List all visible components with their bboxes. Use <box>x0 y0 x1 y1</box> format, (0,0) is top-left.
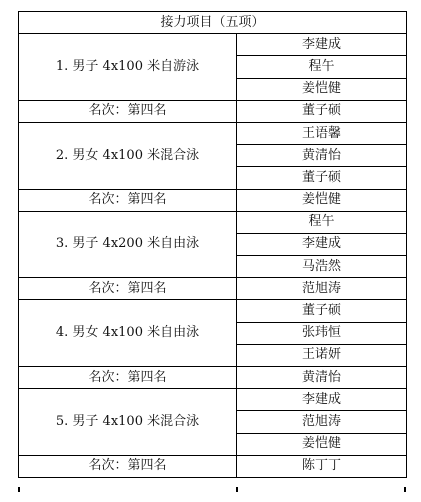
member-cell: 黄清怡 <box>237 367 407 389</box>
event-name: 1. 男子 4x100 米自游泳 <box>19 34 237 101</box>
member-cell: 李建成 <box>237 233 407 255</box>
table-row: 4. 男女 4x100 米自由泳 董子硕 <box>19 300 407 322</box>
table-row: 1. 男子 4x100 米自游泳 李建成 <box>19 34 407 56</box>
member-cell: 董子硕 <box>237 300 407 322</box>
rank-label: 名次：第四名 <box>19 189 237 211</box>
table-row: 3. 男子 4x200 米自由泳 程午 <box>19 211 407 233</box>
member-cell: 李建成 <box>237 34 407 56</box>
member-cell: 范旭涛 <box>237 278 407 300</box>
event-name: 5. 男子 4x100 米混合泳 <box>19 389 237 456</box>
member-cell: 张玮恒 <box>237 322 407 344</box>
table-border-continuation <box>404 487 406 492</box>
table-row: 名次：第四名 董子硕 <box>19 100 407 122</box>
relay-events-table: 接力项目（五项） 1. 男子 4x100 米自游泳 李建成 程午 姜恺健 名次：… <box>18 11 407 478</box>
event-name: 2. 男女 4x100 米混合泳 <box>19 122 237 189</box>
table-row: 名次：第四名 陈丁丁 <box>19 455 407 477</box>
table-header-row: 接力项目（五项） <box>19 12 407 34</box>
member-cell: 姜恺健 <box>237 433 407 455</box>
member-cell: 范旭涛 <box>237 411 407 433</box>
member-cell: 姜恺健 <box>237 78 407 100</box>
member-cell: 陈丁丁 <box>237 455 407 477</box>
rank-label: 名次：第四名 <box>19 100 237 122</box>
member-cell: 李建成 <box>237 389 407 411</box>
member-cell: 马浩然 <box>237 256 407 278</box>
rank-label: 名次：第四名 <box>19 367 237 389</box>
table-row: 5. 男子 4x100 米混合泳 李建成 <box>19 389 407 411</box>
member-cell: 程午 <box>237 56 407 78</box>
table-row: 2. 男女 4x100 米混合泳 王语馨 <box>19 122 407 144</box>
event-name: 4. 男女 4x100 米自由泳 <box>19 300 237 367</box>
rank-label: 名次：第四名 <box>19 455 237 477</box>
table-row: 名次：第四名 黄清怡 <box>19 367 407 389</box>
table-row: 名次：第四名 范旭涛 <box>19 278 407 300</box>
table-title: 接力项目（五项） <box>19 12 407 34</box>
rank-label: 名次：第四名 <box>19 278 237 300</box>
member-cell: 董子硕 <box>237 167 407 189</box>
member-cell: 董子硕 <box>237 100 407 122</box>
member-cell: 王语馨 <box>237 122 407 144</box>
table-border-continuation <box>18 487 20 492</box>
table-border-continuation <box>236 487 238 492</box>
member-cell: 黄清怡 <box>237 145 407 167</box>
table-row: 名次：第四名 姜恺健 <box>19 189 407 211</box>
member-cell: 程午 <box>237 211 407 233</box>
member-cell: 王诺妍 <box>237 344 407 366</box>
event-name: 3. 男子 4x200 米自由泳 <box>19 211 237 278</box>
member-cell: 姜恺健 <box>237 189 407 211</box>
